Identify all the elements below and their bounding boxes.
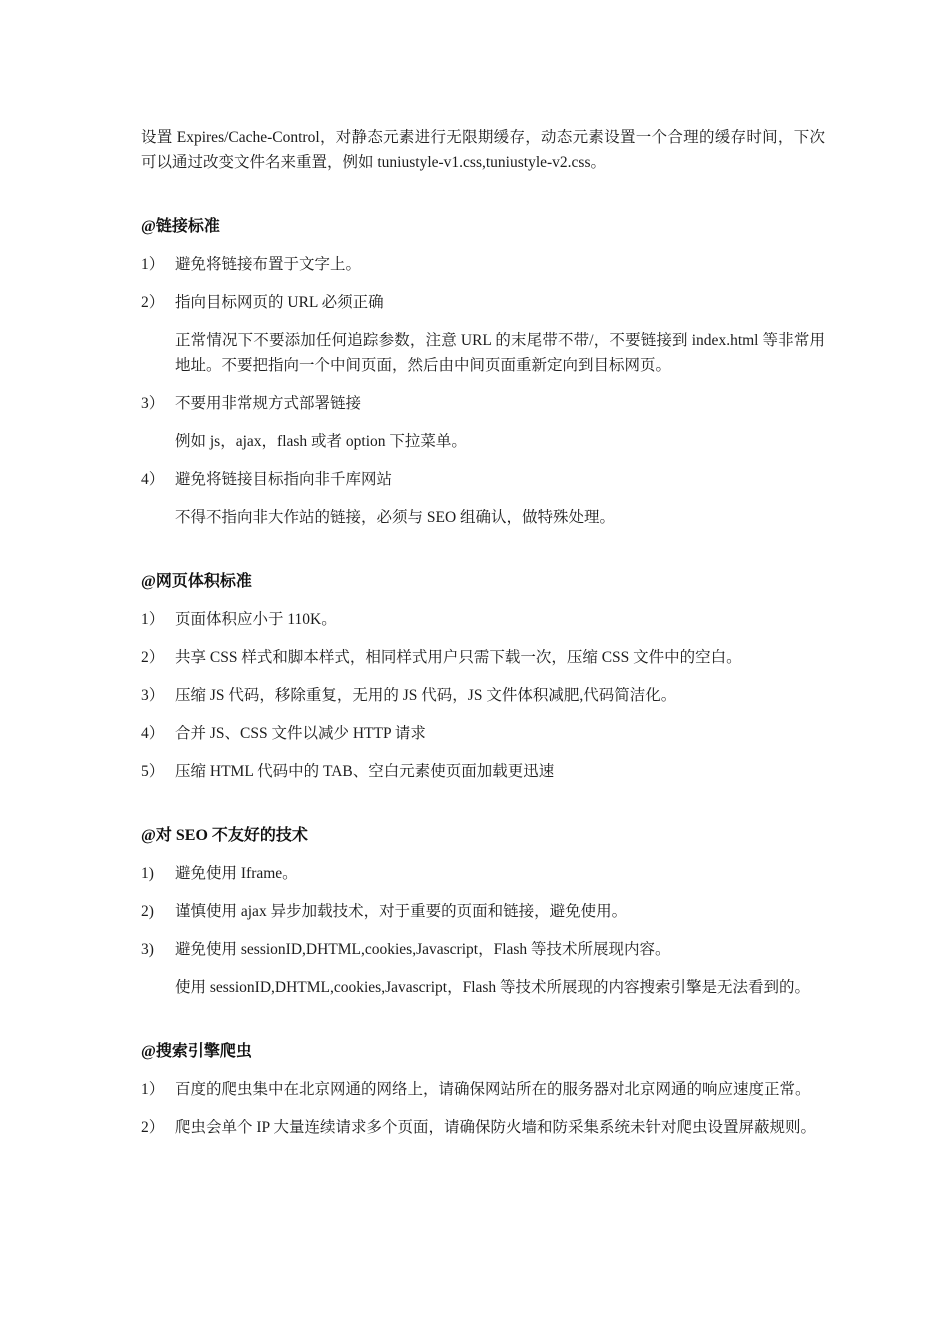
- item-text: 不要用非常规方式部署链接: [175, 391, 825, 416]
- item-number: 3）: [141, 391, 175, 416]
- list-item: 2） 爬虫会单个 IP 大量连续请求多个页面，请确保防火墙和防采集系统未针对爬虫…: [141, 1115, 825, 1140]
- list-item: 4） 避免将链接目标指向非千库网站: [141, 467, 825, 492]
- item-subtext: 不得不指向非大作站的链接，必须与 SEO 组确认，做特殊处理。: [175, 505, 825, 530]
- list-item: 2) 谨慎使用 ajax 异步加载技术，对于重要的页面和链接，避免使用。: [141, 899, 825, 924]
- item-number: 2): [141, 899, 175, 924]
- item-text: 谨慎使用 ajax 异步加载技术，对于重要的页面和链接，避免使用。: [175, 899, 825, 924]
- list-item: 4） 合并 JS、CSS 文件以减少 HTTP 请求: [141, 721, 825, 746]
- item-number: 5）: [141, 759, 175, 784]
- item-text: 避免将链接布置于文字上。: [175, 252, 825, 277]
- item-text: 避免使用 sessionID,DHTML,cookies,Javascript，…: [175, 937, 825, 962]
- list-item: 3) 避免使用 sessionID,DHTML,cookies,Javascri…: [141, 937, 825, 962]
- item-text: 指向目标网页的 URL 必须正确: [175, 290, 825, 315]
- list-item: 1） 避免将链接布置于文字上。: [141, 252, 825, 277]
- item-text: 压缩 HTML 代码中的 TAB、空白元素使页面加载更迅速: [175, 759, 825, 784]
- item-text: 避免使用 Iframe。: [175, 861, 825, 886]
- list-item: 2） 共享 CSS 样式和脚本样式，相同样式用户只需下载一次，压缩 CSS 文件…: [141, 645, 825, 670]
- section-link-standards: @链接标准 1） 避免将链接布置于文字上。 2） 指向目标网页的 URL 必须正…: [141, 214, 825, 530]
- section-heading: @搜索引擎爬虫: [141, 1039, 825, 1064]
- intro-paragraph: 设置 Expires/Cache-Control，对静态元素进行无限期缓存，动态…: [141, 125, 825, 175]
- section-page-size-standards: @网页体积标准 1） 页面体积应小于 110K。 2） 共享 CSS 样式和脚本…: [141, 569, 825, 784]
- item-text: 压缩 JS 代码，移除重复，无用的 JS 代码，JS 文件体积减肥,代码简洁化。: [175, 683, 825, 708]
- section-heading: @对 SEO 不友好的技术: [141, 823, 825, 848]
- item-number: 1）: [141, 1077, 175, 1102]
- item-text: 爬虫会单个 IP 大量连续请求多个页面，请确保防火墙和防采集系统未针对爬虫设置屏…: [175, 1115, 825, 1140]
- list-item: 3） 不要用非常规方式部署链接: [141, 391, 825, 416]
- list-item: 3） 压缩 JS 代码，移除重复，无用的 JS 代码，JS 文件体积减肥,代码简…: [141, 683, 825, 708]
- item-text: 共享 CSS 样式和脚本样式，相同样式用户只需下载一次，压缩 CSS 文件中的空…: [175, 645, 825, 670]
- section-search-engine-crawler: @搜索引擎爬虫 1） 百度的爬虫集中在北京网通的网络上，请确保网站所在的服务器对…: [141, 1039, 825, 1140]
- item-number: 3）: [141, 683, 175, 708]
- item-number: 3): [141, 937, 175, 962]
- list-item: 2） 指向目标网页的 URL 必须正确: [141, 290, 825, 315]
- item-subtext: 正常情况下不要添加任何追踪参数，注意 URL 的末尾带不带/，不要链接到 ind…: [175, 328, 825, 378]
- item-text: 避免将链接目标指向非千库网站: [175, 467, 825, 492]
- item-number: 2）: [141, 1115, 175, 1140]
- item-text: 百度的爬虫集中在北京网通的网络上，请确保网站所在的服务器对北京网通的响应速度正常…: [175, 1077, 825, 1102]
- item-number: 1）: [141, 607, 175, 632]
- section-seo-unfriendly-tech: @对 SEO 不友好的技术 1) 避免使用 Iframe。 2) 谨慎使用 aj…: [141, 823, 825, 1000]
- item-number: 4）: [141, 467, 175, 492]
- list-item: 1） 百度的爬虫集中在北京网通的网络上，请确保网站所在的服务器对北京网通的响应速…: [141, 1077, 825, 1102]
- document-page: 设置 Expires/Cache-Control，对静态元素进行无限期缓存，动态…: [141, 0, 825, 1153]
- list-item: 5） 压缩 HTML 代码中的 TAB、空白元素使页面加载更迅速: [141, 759, 825, 784]
- item-subtext: 例如 js，ajax，flash 或者 option 下拉菜单。: [175, 429, 825, 454]
- item-number: 1): [141, 861, 175, 886]
- section-heading: @网页体积标准: [141, 569, 825, 594]
- item-number: 2）: [141, 645, 175, 670]
- item-text: 页面体积应小于 110K。: [175, 607, 825, 632]
- list-item: 1) 避免使用 Iframe。: [141, 861, 825, 886]
- item-text: 合并 JS、CSS 文件以减少 HTTP 请求: [175, 721, 825, 746]
- item-number: 1）: [141, 252, 175, 277]
- item-number: 2）: [141, 290, 175, 315]
- section-heading: @链接标准: [141, 214, 825, 239]
- item-number: 4）: [141, 721, 175, 746]
- item-subtext: 使用 sessionID,DHTML,cookies,Javascript，Fl…: [175, 975, 825, 1000]
- list-item: 1） 页面体积应小于 110K。: [141, 607, 825, 632]
